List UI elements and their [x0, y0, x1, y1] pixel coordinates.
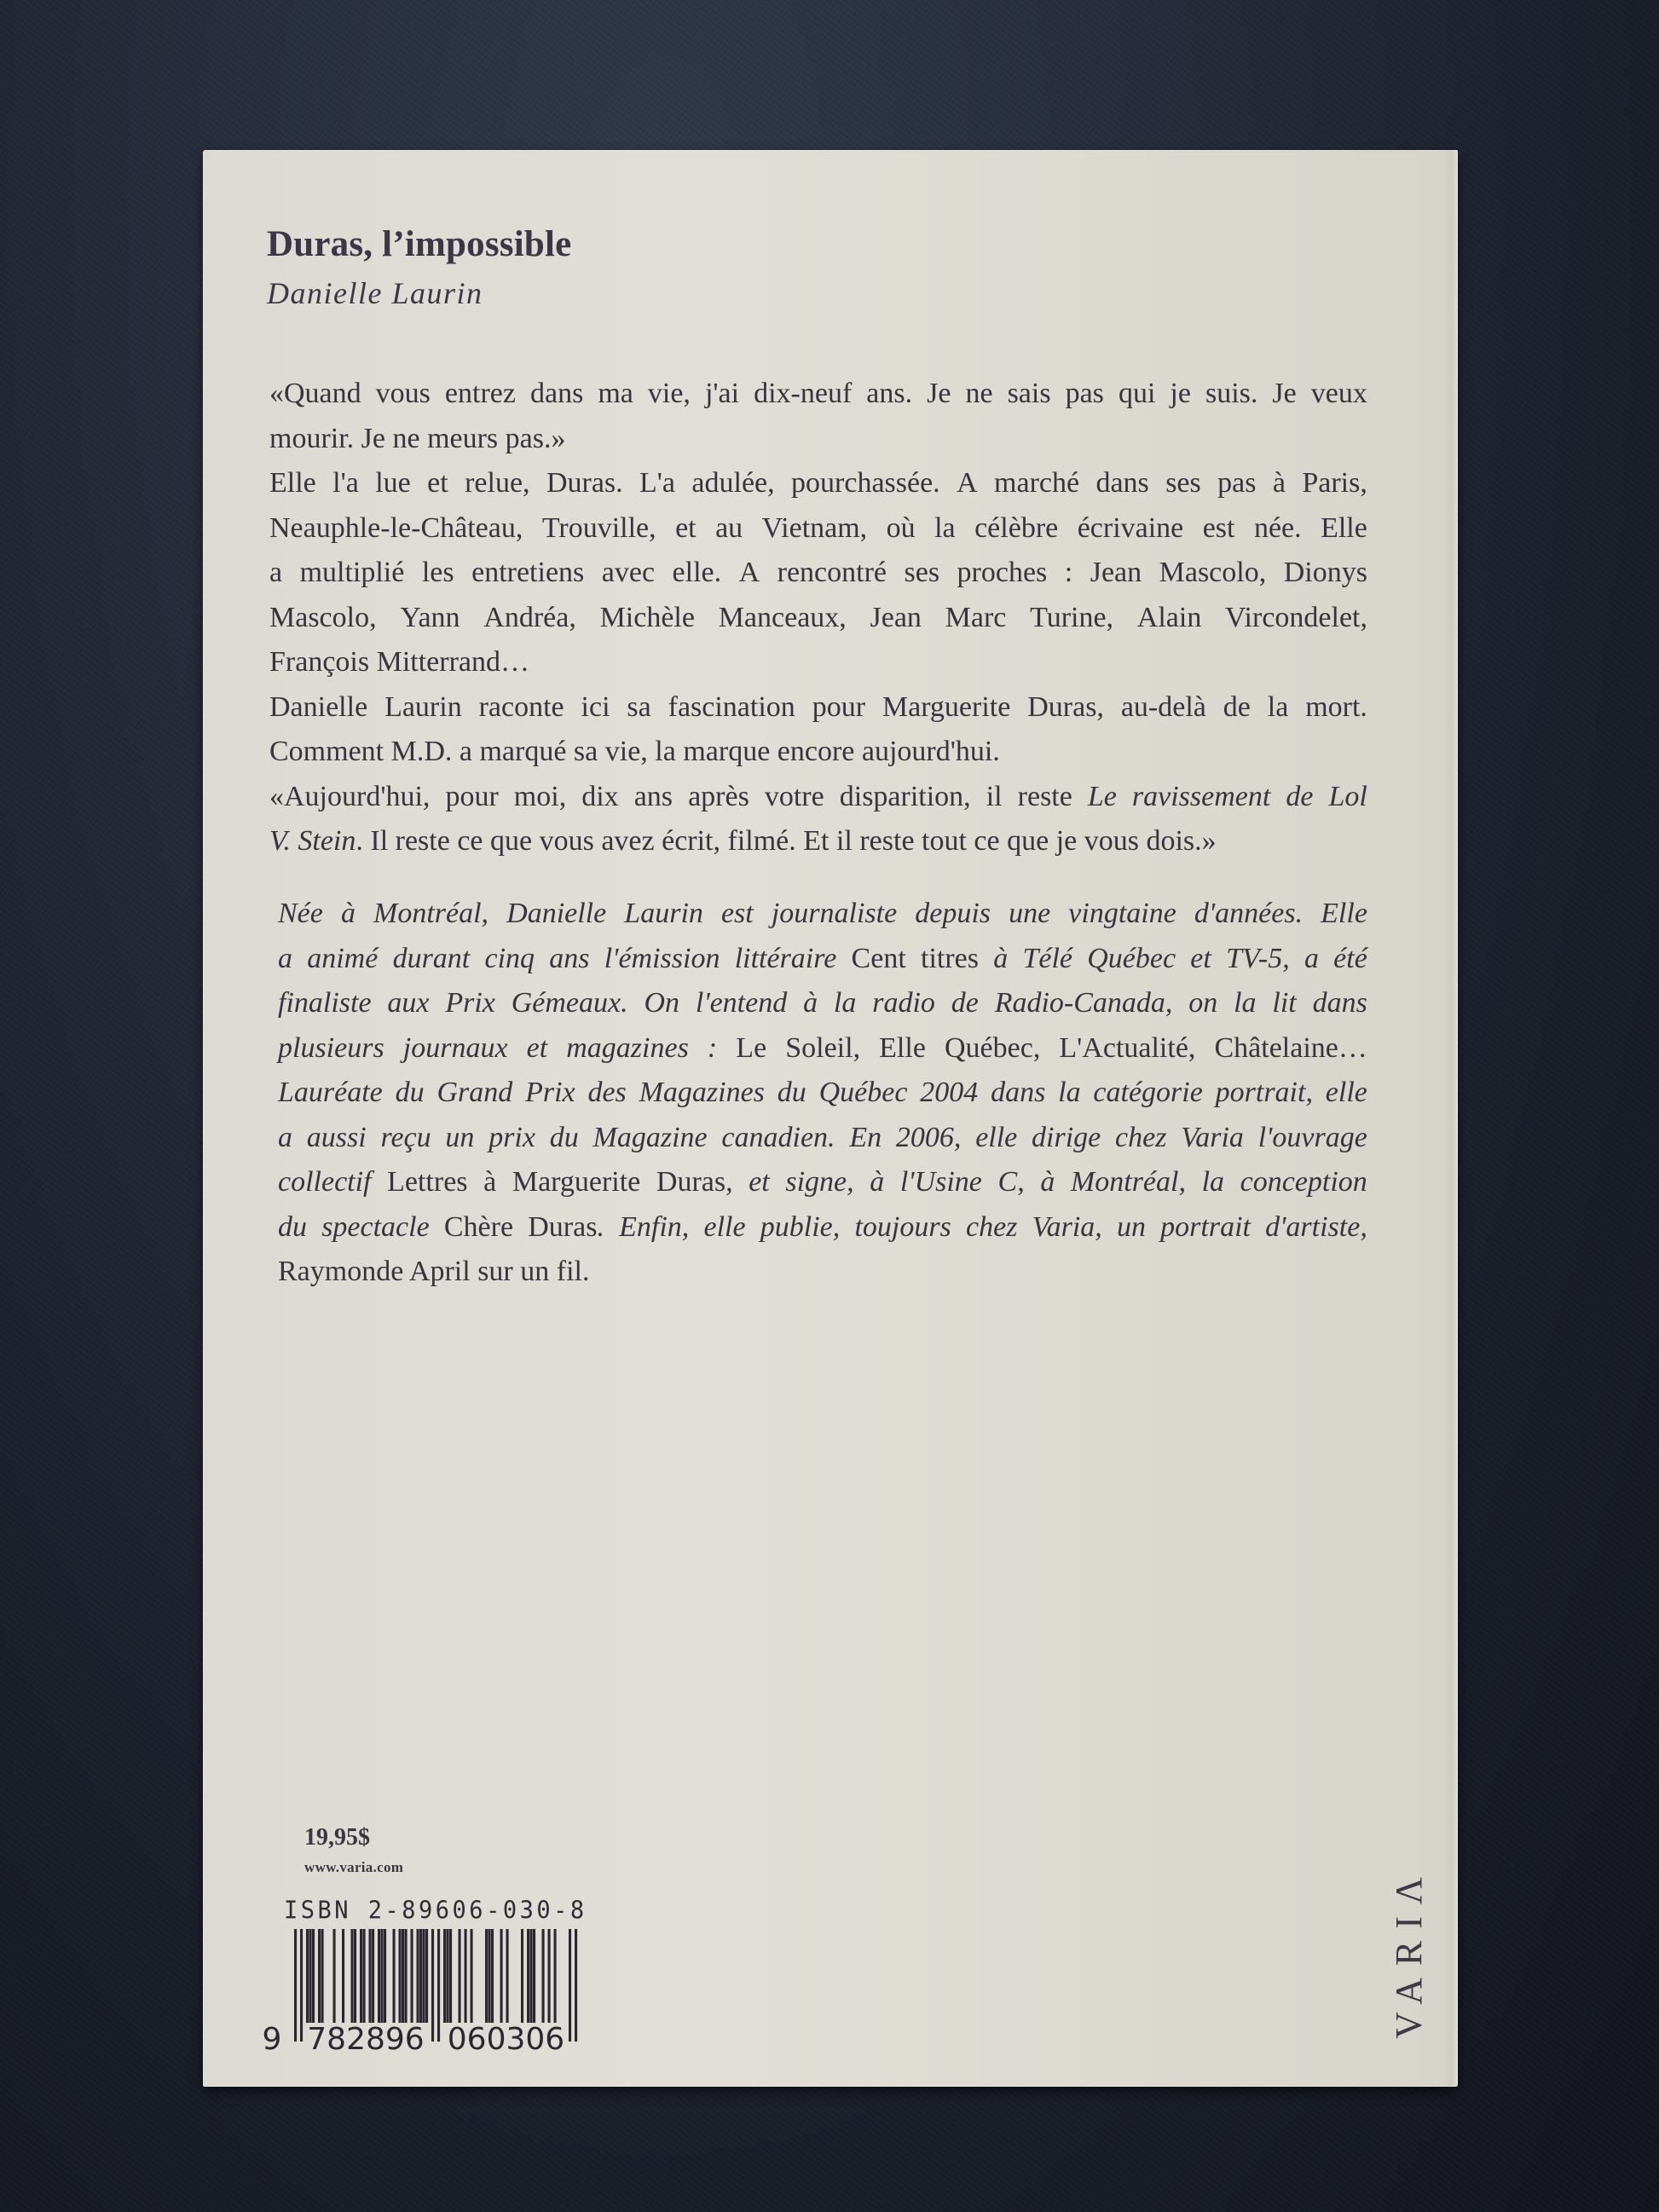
svg-text:060306: 060306: [448, 2022, 564, 2053]
logo-text: VARIΛ: [1388, 1865, 1430, 2039]
bio-line: Raymonde April sur un fil.: [278, 1250, 1367, 1295]
ean13-barcode: 9782896060306: [260, 1925, 601, 2053]
bio-line: collectifLettresàMargueriteDuras,etsigne…: [278, 1160, 1367, 1205]
bio-line: NéeàMontréal,DanielleLaurinestjournalist…: [278, 892, 1367, 937]
blurb-line: Neauphle-le-Château,Trouville,etauVietna…: [269, 506, 1367, 552]
book-title: Duras, l’impossible: [267, 223, 571, 266]
blurb-line: amultipliélesentretiensavecelle.Arencont…: [269, 551, 1367, 596]
blurb-line: Ellel'alueetrelue,Duras.L'aadulée,pourch…: [269, 461, 1367, 506]
publisher-website: www.varia.com: [304, 1859, 403, 1876]
blurb-line: «Quandvousentrezdansmavie,j'aidix-neufan…: [269, 372, 1367, 417]
price-label: 19,95$: [304, 1824, 370, 1851]
blurb-line: «Aujourd'hui,pourmoi,dixansaprèsvotredis…: [269, 775, 1367, 820]
bio-line: plusieursjournauxetmagazines:LeSoleil,El…: [278, 1026, 1367, 1071]
blurb-line: Mascolo,YannAndréa,MichèleManceaux,JeanM…: [269, 596, 1367, 641]
blurb-line: DanielleLaurinraconteicisafascinationpou…: [269, 685, 1367, 731]
publisher-logo: VARIΛ: [1387, 1865, 1431, 2039]
blurb-line: Comment M.D. a marqué sa vie, la marque …: [269, 730, 1367, 775]
bio-line: finalisteauxPrixGémeaux.Onl'entendàlarad…: [278, 981, 1367, 1026]
bio-line: duspectacleChèreDuras.Enfin,ellepublie,t…: [278, 1205, 1367, 1250]
isbn-label: ISBN 2-89606-030-8: [284, 1897, 587, 1925]
author-bio: NéeàMontréal,DanielleLaurinestjournalist…: [278, 892, 1367, 1295]
svg-text:782896: 782896: [307, 2022, 424, 2053]
svg-text:9: 9: [263, 2022, 282, 2053]
blurb-line: mourir. Je ne meurs pas.»: [269, 417, 1367, 462]
bio-line: LauréateduGrandPrixdesMagazinesduQuébec2…: [278, 1071, 1367, 1116]
blurb-line: François Mitterrand…: [269, 640, 1367, 685]
book-author: Danielle Laurin: [267, 274, 483, 312]
blurb-text: «Quandvousentrezdansmavie,j'aidix-neufan…: [269, 372, 1367, 864]
blurb-line: V. Stein. Il reste ce que vous avez écri…: [269, 819, 1367, 864]
bio-line: aanimédurantcinqansl'émissionlittéraireC…: [278, 937, 1367, 982]
bio-line: aaussireçuunprixduMagazinecanadien.En200…: [278, 1116, 1367, 1161]
